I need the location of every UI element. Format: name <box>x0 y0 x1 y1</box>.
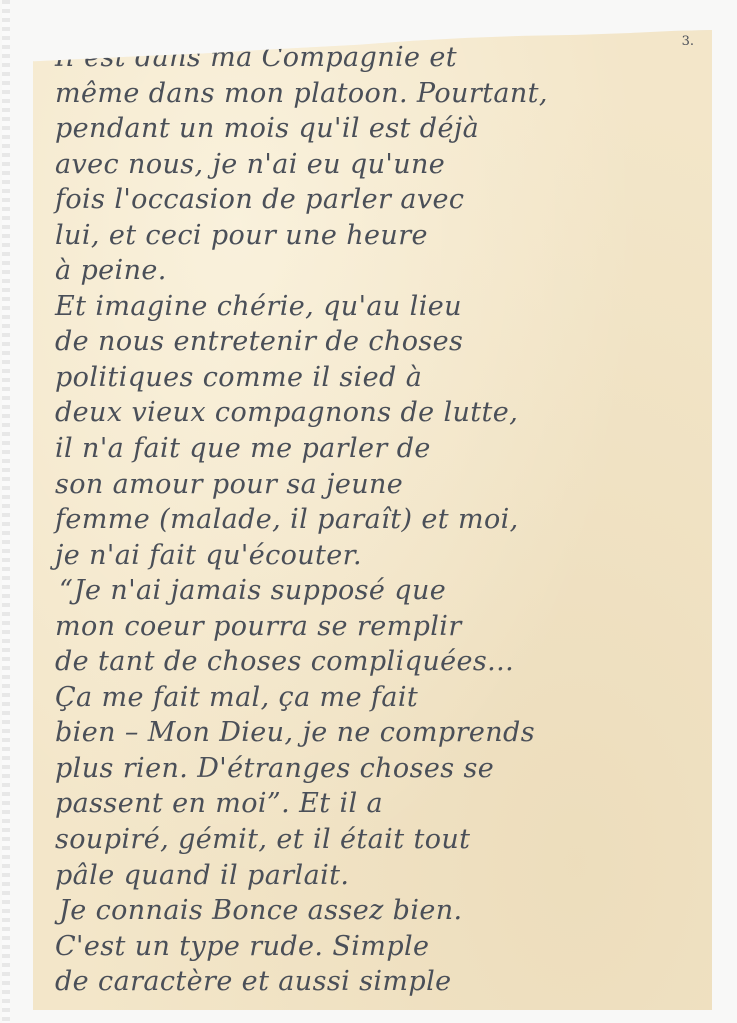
text-line: de caractère et aussi simple <box>55 964 706 1000</box>
text-line: mon coeur pourra se remplir <box>55 609 706 645</box>
text-line: politiques comme il sied à <box>55 360 706 396</box>
text-line: plus rien. D'étranges choses se <box>55 751 706 787</box>
handwritten-text: Il est dans ma Compagnie et même dans mo… <box>55 40 706 1000</box>
document-scan: 3. Il est dans ma Compagnie et même dans… <box>0 0 737 1023</box>
text-line: bien – Mon Dieu, je ne comprends <box>55 715 706 751</box>
text-line: fois l'occasion de parler avec <box>55 182 706 218</box>
text-line: deux vieux compagnons de lutte, <box>55 395 706 431</box>
text-line: Et imagine chérie, qu'au lieu <box>55 289 706 325</box>
text-line: lui, et ceci pour une heure <box>55 218 706 254</box>
text-line: avec nous, je n'ai eu qu'une <box>55 147 706 183</box>
perforated-edge <box>2 0 10 1023</box>
text-line: “Je n'ai jamais supposé que <box>55 573 706 609</box>
text-line: soupiré, gémit, et il était tout <box>55 822 706 858</box>
text-line: pendant un mois qu'il est déjà <box>55 111 706 147</box>
letter-page: 3. Il est dans ma Compagnie et même dans… <box>33 30 712 1010</box>
text-line: de nous entretenir de choses <box>55 324 706 360</box>
text-line: il n'a fait que me parler de <box>55 431 706 467</box>
text-line: de tant de choses compliquées... <box>55 644 706 680</box>
text-line: je n'ai fait qu'écouter. <box>55 538 706 574</box>
text-line: Ça me fait mal, ça me fait <box>55 680 706 716</box>
text-line: son amour pour sa jeune <box>55 467 706 503</box>
text-line: Il est dans ma Compagnie et <box>55 40 706 76</box>
text-line: femme (malade, il paraît) et moi, <box>55 502 706 538</box>
text-line: C'est un type rude. Simple <box>55 929 706 965</box>
text-line: à peine. <box>55 253 706 289</box>
text-line: pâle quand il parlait. <box>55 858 706 894</box>
text-line: passent en moi”. Et il a <box>55 786 706 822</box>
text-line: même dans mon platoon. Pourtant, <box>55 76 706 112</box>
text-line: Je connais Bonce assez bien. <box>55 893 706 929</box>
